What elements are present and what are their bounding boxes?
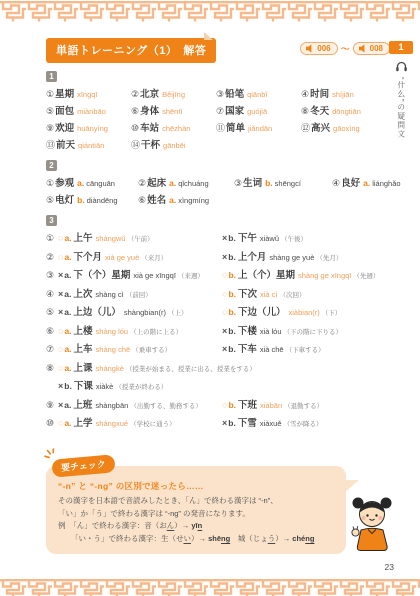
speaker-icon xyxy=(359,44,367,53)
answer-letter: b. xyxy=(265,178,273,188)
item-number: ⑧ xyxy=(301,106,309,116)
japanese-gloss: （来週） xyxy=(178,273,204,280)
item-number: ⑭ xyxy=(131,140,140,150)
sparkle-icon xyxy=(42,447,57,463)
check-text-line: 「い」か「う」で終わる漢字は “-ng” の発音になります。 xyxy=(58,508,336,521)
chinese-word: 下（个）星期 xyxy=(73,270,130,281)
answer-row: ⑧ ○a.上课shàngkè（授業が始まる、授業に出る、授業をする） xyxy=(46,359,390,378)
vocab-item: ⑥身体shēntǐ xyxy=(131,102,216,119)
pinyin: diàndēng xyxy=(87,196,118,205)
correct-mark: ○ xyxy=(58,363,63,373)
answer-letter: b. xyxy=(228,270,236,280)
vocab-item: ②起床a.qǐchuáng xyxy=(138,174,234,191)
item-number: ① xyxy=(46,231,58,247)
answer-option-b: ×b.下午xiàwǔ（午後） xyxy=(222,229,307,248)
vocab-item: ⑩车站chēzhàn xyxy=(131,119,216,136)
pinyin: shàngbian(r) xyxy=(124,308,166,317)
item-number: ③ xyxy=(234,178,242,188)
item-number: ⑩ xyxy=(131,123,139,133)
item-number: ⑨ xyxy=(46,123,54,133)
japanese-gloss: （雪が降る） xyxy=(284,421,323,428)
correct-mark: ○ xyxy=(58,326,63,336)
chinese-word: 上次 xyxy=(73,289,92,300)
pinyin: xià lóu xyxy=(260,327,282,336)
pinyin: shàng ge yuè xyxy=(269,253,314,262)
japanese-gloss: （退勤する） xyxy=(284,403,323,410)
vocab-item: ⑤电灯b.diàndēng xyxy=(46,191,138,208)
correct-mark: ○ xyxy=(222,270,227,280)
check-point-bubble: 要チェック “-n” と “-ng” の区別で迷ったら…… その漢字を日本語で音… xyxy=(46,466,346,554)
correct-mark: × xyxy=(58,400,63,410)
chinese-word: 上班 xyxy=(73,400,92,411)
answer-letter: b. xyxy=(228,418,236,428)
chinese-word: 铅笔 xyxy=(225,89,244,100)
pinyin: qǐchuáng xyxy=(178,179,208,188)
textbook-page: 単語トレーニング（1） 解答 006 ～ 008 xyxy=(0,0,420,596)
japanese-gloss: （上の階に上る） xyxy=(130,329,182,336)
japanese-gloss: （午前） xyxy=(128,236,154,243)
correct-mark: ○ xyxy=(222,400,227,410)
check-point-section: 要チェック “-n” と “-ng” の区別で迷ったら…… その漢字を日本語で音… xyxy=(46,466,346,554)
vocab-item: ⑦国家guójiā xyxy=(216,102,301,119)
answer-row: ⑤ ×a.上边（儿）shàngbian(r)（上） ○b.下边（儿）xiàbia… xyxy=(46,303,390,322)
pinyin: guójiā xyxy=(247,107,267,116)
japanese-gloss: （授業が終わる） xyxy=(115,384,167,391)
answer-letter: b. xyxy=(228,307,236,317)
audio-track-end: 008 xyxy=(353,42,390,55)
item-number: ⑤ xyxy=(46,305,58,321)
example-text: ）→ xyxy=(191,534,208,543)
correct-mark: ○ xyxy=(58,233,63,243)
chinese-word: 上学 xyxy=(74,418,93,429)
chinese-word: 电灯 xyxy=(55,195,74,206)
pinyin: chēzhàn xyxy=(162,124,190,133)
answer-option-b: ×b.上个月shàng ge yuè（先月） xyxy=(222,248,342,267)
item-number: ⑪ xyxy=(216,123,225,133)
pinyin: shēntǐ xyxy=(162,107,182,116)
item-number: ⑤ xyxy=(46,106,54,116)
answer-option-b: ○b.下班xiàbān（退勤する） xyxy=(222,396,323,415)
check-title: “-n” と “-ng” の区別で迷ったら…… xyxy=(58,480,336,492)
vocab-item: ③铅笔qiānbǐ xyxy=(216,85,301,102)
chinese-word: 国家 xyxy=(225,106,244,117)
check-example-1: 例 「ん」で終わる漢字：音（おん）→ yīn xyxy=(58,520,336,533)
answer-option-b: ○b.下边（儿）xiàbian(r)（下） xyxy=(222,303,341,322)
japanese-gloss: （下車する） xyxy=(286,347,325,354)
pinyin: shàng cì xyxy=(95,290,123,299)
item-number: ⑦ xyxy=(46,342,58,358)
chinese-word: 下雪 xyxy=(238,418,257,429)
answer-option-a: ○a.上楼shàng lóu（上の階に上る） xyxy=(58,322,222,341)
answer-letter: a. xyxy=(64,270,71,280)
vocab-item: ①参观a.cānguān xyxy=(46,174,138,191)
item-number: ① xyxy=(46,89,54,99)
pinyin: huānyíng xyxy=(77,124,108,133)
audio-track-start-number: 006 xyxy=(317,44,330,53)
headphones-icon xyxy=(395,60,408,72)
answer-row: ④ ×a.上次shàng cì（前回） ○b.下次xià cì（次回） xyxy=(46,285,390,304)
pinyin: xià ge yuè xyxy=(105,253,139,262)
vocab-item: ⑤面包miànbāo xyxy=(46,102,131,119)
answer-option-b: ○b.下次xià cì（次回） xyxy=(222,285,306,304)
pinyin: shàngxué xyxy=(96,419,129,428)
pinyin: liánghǎo xyxy=(372,179,400,188)
correct-mark: × xyxy=(58,307,63,317)
audio-track-range: 006 ～ 008 xyxy=(300,42,390,55)
answer-row: ⑦ ○a.上车shàng chē（乗車する） ×b.下车xià chē（下車する… xyxy=(46,340,390,359)
answer-row: ② ○a.下个月xià ge yuè（来月） ×b.上个月shàng ge yu… xyxy=(46,248,390,267)
check-point-badge: 要チェック xyxy=(51,454,115,477)
correct-mark: ○ xyxy=(58,252,63,262)
answer-option-a: ×b.下课xiàkè（授業が終わる） xyxy=(58,377,222,396)
chinese-word: 车站 xyxy=(140,123,159,134)
answer-option-a: ×a.上班shàngbān（出勤する、勤務する） xyxy=(58,396,222,415)
correct-mark: × xyxy=(58,381,63,391)
answer-row: ① ○a.上午shàngwǔ（午前） ×b.下午xiàwǔ（午後） xyxy=(46,229,390,248)
answer-letter: a. xyxy=(169,178,176,188)
pinyin: xiàwǔ xyxy=(260,234,279,243)
speaker-icon xyxy=(306,44,314,53)
example-text: 「い・う」で終わる漢字：生（せ xyxy=(71,534,184,543)
japanese-gloss: （次回） xyxy=(280,292,306,299)
chinese-word: 冬天 xyxy=(310,106,329,117)
chapter-title-vertical: “什么”の疑問文 xyxy=(397,77,405,139)
correct-mark: ○ xyxy=(58,418,63,428)
chinese-word: 下楼 xyxy=(238,326,257,337)
answer-letter: b. xyxy=(228,233,236,243)
example-text: ）→ xyxy=(174,521,191,530)
answer-option-a: ×a.上边（儿）shàngbian(r)（上） xyxy=(58,303,222,322)
vocab-item: ⑫高兴gāoxìng xyxy=(301,119,390,136)
pinyin: cānguān xyxy=(86,179,115,188)
answer-letter: a. xyxy=(64,233,71,243)
japanese-gloss: （来月） xyxy=(141,255,167,262)
chinese-word: 上个月 xyxy=(238,252,267,263)
answer-option-b: ×b.下车xià chē（下車する） xyxy=(222,340,325,359)
chinese-word: 下课 xyxy=(74,381,93,392)
pinyin: shàngkè xyxy=(96,364,124,373)
example-text: 例 「ん」で終わる漢字：音（お xyxy=(58,521,167,530)
answer-letter: b. xyxy=(64,381,72,391)
answer-option-b xyxy=(260,359,268,378)
correct-mark: × xyxy=(58,270,63,280)
answer-row: ×b.下课xiàkè（授業が終わる） xyxy=(46,377,390,396)
lattice-border-top xyxy=(0,0,420,22)
page-title: 単語トレーニング（1） 解答 xyxy=(46,38,216,63)
answer-letter: a. xyxy=(77,178,84,188)
item-number: ⑥ xyxy=(138,195,146,205)
japanese-gloss: （下の階に下りる） xyxy=(284,329,343,336)
chinese-word: 姓名 xyxy=(147,195,166,206)
chinese-word: 上边（儿） xyxy=(73,307,121,318)
answer-letter: a. xyxy=(64,400,71,410)
pinyin: xiàxuě xyxy=(260,419,282,428)
pinyin: xià chē xyxy=(260,345,284,354)
item-number: ⑬ xyxy=(46,140,55,150)
item-number: ③ xyxy=(46,268,58,284)
pinyin: miànbāo xyxy=(77,107,106,116)
chinese-word: 上课 xyxy=(74,363,93,374)
chinese-word: 简单 xyxy=(226,123,245,134)
chinese-word: 面包 xyxy=(55,106,74,117)
pinyin: shàngbān xyxy=(95,401,128,410)
audio-track-start: 006 xyxy=(300,42,337,55)
answer-option-a: ×a.上次shàng cì（前回） xyxy=(58,285,222,304)
pinyin: xiàkè xyxy=(96,382,114,391)
vocab-item: ⑨欢迎huānyíng xyxy=(46,119,131,136)
example-text: 城（じょ xyxy=(230,534,268,543)
answer-option-b xyxy=(222,377,230,396)
japanese-gloss: （前回） xyxy=(126,292,152,299)
japanese-gloss: （下） xyxy=(322,310,342,317)
japanese-gloss: （先週） xyxy=(353,273,379,280)
answer-option-b: ×b.下楼xià lóu（下の階に下りる） xyxy=(222,322,342,341)
item-number: ③ xyxy=(216,89,224,99)
answer-letter: a. xyxy=(64,252,71,262)
pinyin: shàng lóu xyxy=(96,327,129,336)
pinyin: shàngwǔ xyxy=(96,234,126,243)
answer-letter: a. xyxy=(169,195,176,205)
pinyin: xiàbān xyxy=(260,401,282,410)
item-number: ② xyxy=(131,89,139,99)
answer-option-a: ×a.下（个）星期xià ge xīngqī（来週） xyxy=(58,266,222,285)
page-number: 23 xyxy=(385,562,394,572)
chinese-word: 下班 xyxy=(238,400,257,411)
underlined-ending: ng xyxy=(305,534,314,543)
vocab-item: ③生词b.shēngcí xyxy=(234,174,332,191)
answer-letter: b. xyxy=(228,252,236,262)
correct-mark: × xyxy=(222,326,227,336)
answer-option-a: ○a.上午shàngwǔ（午前） xyxy=(58,229,222,248)
japanese-gloss: （乗車する） xyxy=(132,347,171,354)
range-tilde: ～ xyxy=(341,42,350,55)
correct-mark: × xyxy=(222,418,227,428)
pinyin: shíjiān xyxy=(332,90,354,99)
chinese-word: 身体 xyxy=(140,106,159,117)
correct-mark: ○ xyxy=(222,307,227,317)
section-2-marker: 2 xyxy=(46,160,57,171)
japanese-gloss: （学校に通う） xyxy=(130,421,176,428)
chinese-word: 下午 xyxy=(238,233,257,244)
vocab-list-2: ①参观a.cānguān②起床a.qǐchuáng③生词b.shēngcí④良好… xyxy=(46,174,390,208)
item-number: ④ xyxy=(332,178,340,188)
item-number: ② xyxy=(46,250,58,266)
chinese-word: 高兴 xyxy=(311,123,330,134)
answer-letter: b. xyxy=(228,400,236,410)
answer-letter: a. xyxy=(64,344,71,354)
pinyin: shēngcí xyxy=(275,179,301,188)
japanese-gloss: （午後） xyxy=(281,236,307,243)
speech-bubble-tail xyxy=(344,480,359,493)
answer-letter: b. xyxy=(228,326,236,336)
correct-mark: × xyxy=(222,344,227,354)
chinese-word: 下车 xyxy=(238,344,257,355)
item-number: ④ xyxy=(46,287,58,303)
item-number: ⑨ xyxy=(46,398,58,414)
correct-mark: ○ xyxy=(58,344,63,354)
chinese-word: 前天 xyxy=(56,140,75,151)
vocab-item: ⑧冬天dōngtiān xyxy=(301,102,390,119)
chinese-word: 下边（儿） xyxy=(238,307,286,318)
example-pinyin: shē xyxy=(208,534,221,543)
answer-letter: a. xyxy=(64,418,71,428)
chinese-word: 上午 xyxy=(74,233,93,244)
page-header: 単語トレーニング（1） 解答 006 ～ 008 xyxy=(46,38,390,64)
vocab-item: ⑪简单jiǎndān xyxy=(216,119,301,136)
correct-mark: × xyxy=(58,289,63,299)
underlined-kana: い xyxy=(184,534,192,543)
correct-mark: × xyxy=(222,252,227,262)
item-number: ⑧ xyxy=(46,361,58,377)
mascot-girl-illustration xyxy=(349,496,395,563)
lattice-border-bottom xyxy=(0,578,420,596)
chinese-word: 起床 xyxy=(147,178,166,189)
item-number: ⑦ xyxy=(216,106,224,116)
pinyin: qiántiān xyxy=(78,141,104,150)
example-pinyin: ché xyxy=(292,534,305,543)
answer-letter: b. xyxy=(228,344,236,354)
japanese-gloss: （出勤する、勤務する） xyxy=(130,403,202,410)
answer-letter: b. xyxy=(228,289,236,299)
section-3-marker: 3 xyxy=(46,215,57,226)
answer-letter: a. xyxy=(64,289,71,299)
chinese-word: 良好 xyxy=(341,178,360,189)
vocab-item: ⑭干杯gānbēi xyxy=(131,136,216,153)
answer-option-a: ○a.下个月xià ge yuè（来月） xyxy=(58,248,222,267)
answer-letter: a. xyxy=(64,307,71,317)
vocab-item: ⑬前天qiántiān xyxy=(46,136,131,153)
check-point-badge-text: 要チェック xyxy=(61,459,106,473)
answer-row: ⑩ ○a.上学shàngxué（学校に通う） ×b.下雪xiàxuě（雪が降る） xyxy=(46,414,390,433)
chinese-word: 上楼 xyxy=(74,326,93,337)
pinyin: gānbēi xyxy=(163,141,186,150)
vocab-list-1: ①星期xīngqī②北京Běijīng③铅笔qiānbǐ④时间shíjiān⑤面… xyxy=(46,85,390,153)
answer-row: ③ ×a.下（个）星期xià ge xīngqī（来週） ○b.上（个）星期sh… xyxy=(46,266,390,285)
answer-list: ① ○a.上午shàngwǔ（午前） ×b.下午xiàwǔ（午後） ② ○a.下… xyxy=(46,229,390,433)
pinyin: xiàbian(r) xyxy=(289,308,320,317)
check-text-line: その漢字を日本語で音読みしたとき、「ん」で終わる漢字は “-n”、 xyxy=(58,495,336,508)
answer-letter: a. xyxy=(64,326,71,336)
chapter-side-tab: 1 “什么”の疑問文 xyxy=(389,41,413,139)
item-number: ⑫ xyxy=(301,123,310,133)
folded-corner xyxy=(204,32,213,40)
chinese-word: 干杯 xyxy=(141,140,160,151)
main-content: 単語トレーニング（1） 解答 006 ～ 008 xyxy=(46,38,390,433)
pinyin: qiānbǐ xyxy=(247,90,267,99)
vocab-item: ⑥姓名a.xìngmíng xyxy=(138,191,234,208)
item-number: ⑤ xyxy=(46,195,54,205)
chapter-number-tab: 1 xyxy=(389,41,413,54)
answer-row: ⑨ ×a.上班shàngbān（出勤する、勤務する） ○b.下班xiàbān（退… xyxy=(46,396,390,415)
pinyin: shàng chē xyxy=(96,345,131,354)
item-number: ⑥ xyxy=(46,324,58,340)
item-number: ④ xyxy=(301,89,309,99)
japanese-gloss: （上） xyxy=(168,310,188,317)
japanese-gloss: （授業が始まる、授業に出る、授業をする） xyxy=(126,366,256,373)
vocab-item: ②北京Běijīng xyxy=(131,85,216,102)
answer-option-b: ○b.上（个）星期shàng ge xīngqī（先週） xyxy=(222,266,379,285)
correct-mark: ○ xyxy=(222,289,227,299)
example-text: ）→ xyxy=(275,534,292,543)
answer-letter: b. xyxy=(77,195,85,205)
check-example-2: 「い・う」で終わる漢字：生（せい）→ shēng 城（じょう）→ chéng xyxy=(71,533,336,546)
answer-option-a: ○a.上课shàngkè（授業が始まる、授業に出る、授業をする） xyxy=(58,359,260,378)
chinese-word: 时间 xyxy=(310,89,329,100)
vocab-item: ④时间shíjiān xyxy=(301,85,390,102)
chinese-word: 上（个）星期 xyxy=(238,270,295,281)
answer-option-b: ×b.下雪xiàxuě（雪が降る） xyxy=(222,414,323,433)
pinyin: dōngtiān xyxy=(332,107,361,116)
chinese-word: 上车 xyxy=(74,344,93,355)
answer-option-a: ○a.上学shàngxué（学校に通う） xyxy=(58,414,222,433)
chinese-word: 星期 xyxy=(55,89,74,100)
item-number: ⑩ xyxy=(46,416,58,432)
pinyin: Běijīng xyxy=(162,90,185,99)
pinyin: gāoxìng xyxy=(333,124,360,133)
chinese-word: 欢迎 xyxy=(55,123,74,134)
chinese-word: 下次 xyxy=(238,289,257,300)
page-title-text: 単語トレーニング（1） 解答 xyxy=(56,45,206,57)
audio-track-end-number: 008 xyxy=(370,44,383,53)
pinyin: xìngmíng xyxy=(178,196,209,205)
answer-row: ⑥ ○a.上楼shàng lóu（上の階に上る） ×b.下楼xià lóu（下の… xyxy=(46,322,390,341)
underlined-ending: ng xyxy=(221,534,230,543)
answer-letter: a. xyxy=(64,363,71,373)
answer-letter: a. xyxy=(363,178,370,188)
pinyin: jiǎndān xyxy=(248,124,272,133)
item-number: ① xyxy=(46,178,54,188)
answer-option-a: ○a.上车shàng chē（乗車する） xyxy=(58,340,222,359)
vocab-item: ①星期xīngqī xyxy=(46,85,131,102)
vocab-item: ④良好a.liánghǎo xyxy=(332,174,401,191)
chinese-word: 北京 xyxy=(140,89,159,100)
item-number: ② xyxy=(138,178,146,188)
pinyin: xīngqī xyxy=(77,90,97,99)
underlined-ending: n xyxy=(198,521,203,530)
chinese-word: 参观 xyxy=(55,178,74,189)
pinyin: shàng ge xīngqī xyxy=(298,271,351,280)
chinese-word: 下个月 xyxy=(74,252,103,263)
section-1-marker: 1 xyxy=(46,71,57,82)
chinese-word: 生词 xyxy=(243,178,262,189)
item-number: ⑥ xyxy=(131,106,139,116)
pinyin: xià cì xyxy=(260,290,278,299)
correct-mark: × xyxy=(222,233,227,243)
japanese-gloss: （先月） xyxy=(316,255,342,262)
pinyin: xià ge xīngqī xyxy=(133,271,176,280)
